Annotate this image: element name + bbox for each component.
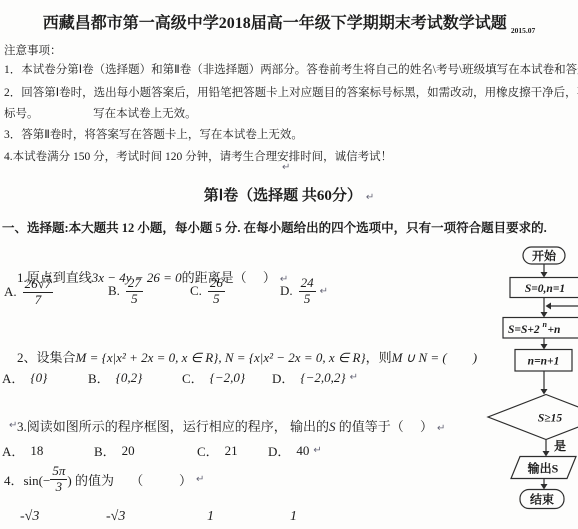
note-line-3: 标号。 写在本试卷上无效。 — [4, 105, 197, 121]
arrow-left-icon — [546, 303, 552, 310]
q4-option-fragment-c: 1 — [207, 509, 214, 525]
option-value: 18 — [30, 443, 43, 459]
q3-text-suffix: 的值等于（ ） — [336, 419, 434, 434]
fraction-denominator: 5 — [126, 291, 143, 307]
option-label: C． — [182, 368, 204, 387]
option-label: D. — [280, 283, 293, 299]
arrow-down-icon — [541, 344, 548, 350]
fraction: 245 — [299, 276, 316, 307]
flowchart-figure: 开始 S=0,n=1 S=S+2 n +n n=n+1 S≥15 是 输出S — [470, 242, 578, 529]
note-line-5: 4.本试卷满分 150 分，考试时间 120 分钟，请考生合理安排时间，诚信考试… — [4, 148, 392, 164]
exam-page-scan: 西藏昌都市第一高级中学2018届高一年级下学期期末考试数学试题2015.07 注… — [0, 0, 578, 529]
q2-set-definitions: M = {x|x² + 2x = 0, x ∈ R}, N = {x|x² − … — [76, 350, 366, 365]
option-value: {−2,0} — [210, 370, 245, 386]
q4-text-suffix: ) 的值为 （ ） — [67, 470, 192, 489]
paragraph-mark: ↵ — [366, 192, 374, 203]
fraction: 26√7 7 — [23, 276, 54, 308]
arrow-down-icon — [541, 312, 548, 318]
option-label: D． — [268, 441, 290, 460]
option-value: {−2,0,2} — [300, 370, 345, 386]
q4-option-fragment-d: 1 — [290, 509, 297, 525]
option-label: A． — [2, 368, 24, 387]
q2-text-mid: ，则 — [366, 350, 392, 365]
section-intro: 一、选择题:本大题共 12 小题，每小题 5 分. 在每小题给出的四个选项中，只… — [2, 218, 547, 236]
fraction-denominator: 5 — [208, 291, 225, 307]
fraction-denominator: 5 — [299, 291, 316, 307]
section-header: 第Ⅰ卷（选择题 共60分）↵ — [0, 184, 578, 205]
notes-heading: 注意事项： — [4, 42, 62, 58]
q2-option-d: D．{−2,0,2}↵ — [272, 368, 358, 387]
option-label: D． — [272, 368, 294, 387]
q1-option-c: C. 265 — [190, 276, 225, 307]
paragraph-mark: ↵ — [313, 445, 321, 456]
q1-option-b: B. 275 — [108, 276, 143, 307]
exam-title-date: 2015.07 — [511, 26, 535, 35]
option-label: B． — [94, 441, 116, 460]
option-label: A． — [2, 441, 24, 460]
fraction-denominator: 7 — [23, 292, 54, 308]
arrow-down-icon — [543, 451, 550, 457]
q3-option-b: B．20 — [94, 441, 135, 460]
flowchart-output-label: 输出S — [527, 461, 559, 476]
fraction-numerator: 26√7 — [23, 276, 54, 292]
q1-option-d: D. 245 ↵ — [280, 276, 328, 307]
option-value: 20 — [122, 443, 135, 459]
fraction-numerator: 26 — [208, 276, 225, 291]
q4-text: 4．sin(− — [4, 470, 50, 489]
fraction-numerator: 24 — [299, 276, 316, 291]
q3-option-c: C．21 — [197, 441, 238, 460]
option-value: 21 — [225, 443, 238, 459]
fraction-numerator: 5π — [50, 464, 67, 479]
option-label: B． — [88, 368, 110, 387]
paragraph-mark: ↵ — [9, 420, 17, 431]
flowchart-init-label: S=0,n=1 — [525, 283, 565, 295]
radical-sign: √ — [38, 277, 45, 292]
option-label: B. — [108, 283, 120, 299]
paragraph-mark: ↵ — [196, 474, 204, 485]
q2-option-b: B．{0,2} — [88, 368, 142, 387]
flowchart-condition-label: S≥15 — [538, 413, 562, 425]
fraction: 5π3 — [50, 464, 67, 495]
note-line-1: 1．本试卷分第Ⅰ卷（选择题）和第Ⅱ卷（非选择题）两部分。答卷前考生将自己的姓名\… — [4, 61, 578, 77]
option-label: C. — [190, 283, 202, 299]
q2-option-c: C．{−2,0} — [182, 368, 245, 387]
q3-option-d: D．40↵ — [268, 441, 322, 460]
fraction: 265 — [208, 276, 225, 307]
paragraph-mark: ↵ — [350, 372, 358, 383]
numerator-coefficient: 26 — [25, 277, 38, 292]
q4-option-fragment-b: -√3 — [106, 509, 125, 525]
arrow-down-icon — [541, 389, 548, 395]
flowchart-start-label: 开始 — [532, 248, 557, 263]
flowchart-accumulate-label: S=S+2 — [508, 324, 540, 336]
fraction-denominator: 3 — [50, 479, 67, 495]
radicand: 7 — [45, 276, 52, 292]
fraction: 275 — [126, 276, 143, 307]
q1-option-a: A. 26√7 7 — [4, 276, 53, 308]
exam-title-text: 西藏昌都市第一高级中学2018届高一年级下学期期末考试数学试题 — [43, 15, 507, 32]
flowchart-end-label: 结束 — [530, 492, 554, 507]
q3-option-a: A．18 — [2, 441, 43, 460]
option-value: 40 — [296, 443, 309, 459]
flowchart-increment-label: n=n+1 — [528, 356, 560, 368]
q3-text: 3.阅读如图所示的程序框图，运行相应的程序， 输出的 — [17, 419, 329, 434]
option-label: C． — [197, 441, 219, 460]
question-4: 4．sin(−5π3) 的值为 （ ）↵ — [4, 459, 204, 499]
flowchart-accumulate-label-suffix: +n — [548, 324, 561, 336]
section-header-text: 第Ⅰ卷（选择题 共60分） — [204, 188, 362, 204]
note-line-2: 2．回答第Ⅰ卷时，选出每小题答案后，用铅笔把答题卡上对应题目的答案标号标黑，如需… — [4, 84, 578, 100]
q2-option-a: A．{0} — [2, 368, 47, 387]
exam-title: 西藏昌都市第一高级中学2018届高一年级下学期期末考试数学试题2015.07 — [0, 10, 578, 35]
arrow-down-icon — [541, 484, 548, 490]
option-label: A. — [4, 284, 17, 300]
option-value: {0,2} — [116, 370, 143, 386]
option-value: {0} — [30, 370, 47, 386]
note-line-4: 3．答第Ⅱ卷时，将答案写在答题卡上，写在本试卷上无效。 — [4, 126, 303, 142]
fraction-numerator: 27 — [126, 276, 143, 291]
q2-union-expression: M ∪ N = ( ) — [392, 350, 477, 365]
paragraph-mark: ↵ — [320, 286, 328, 297]
flowchart-condition-shape — [488, 395, 578, 440]
arrow-down-icon — [541, 272, 548, 278]
paragraph-mark: ↵ — [437, 423, 445, 434]
q4-option-fragment-a: -√3 — [20, 509, 39, 525]
paragraph-mark: ↵ — [282, 162, 290, 173]
flowchart-yes-label: 是 — [554, 438, 566, 453]
q2-text: 2、设集合 — [17, 350, 76, 365]
